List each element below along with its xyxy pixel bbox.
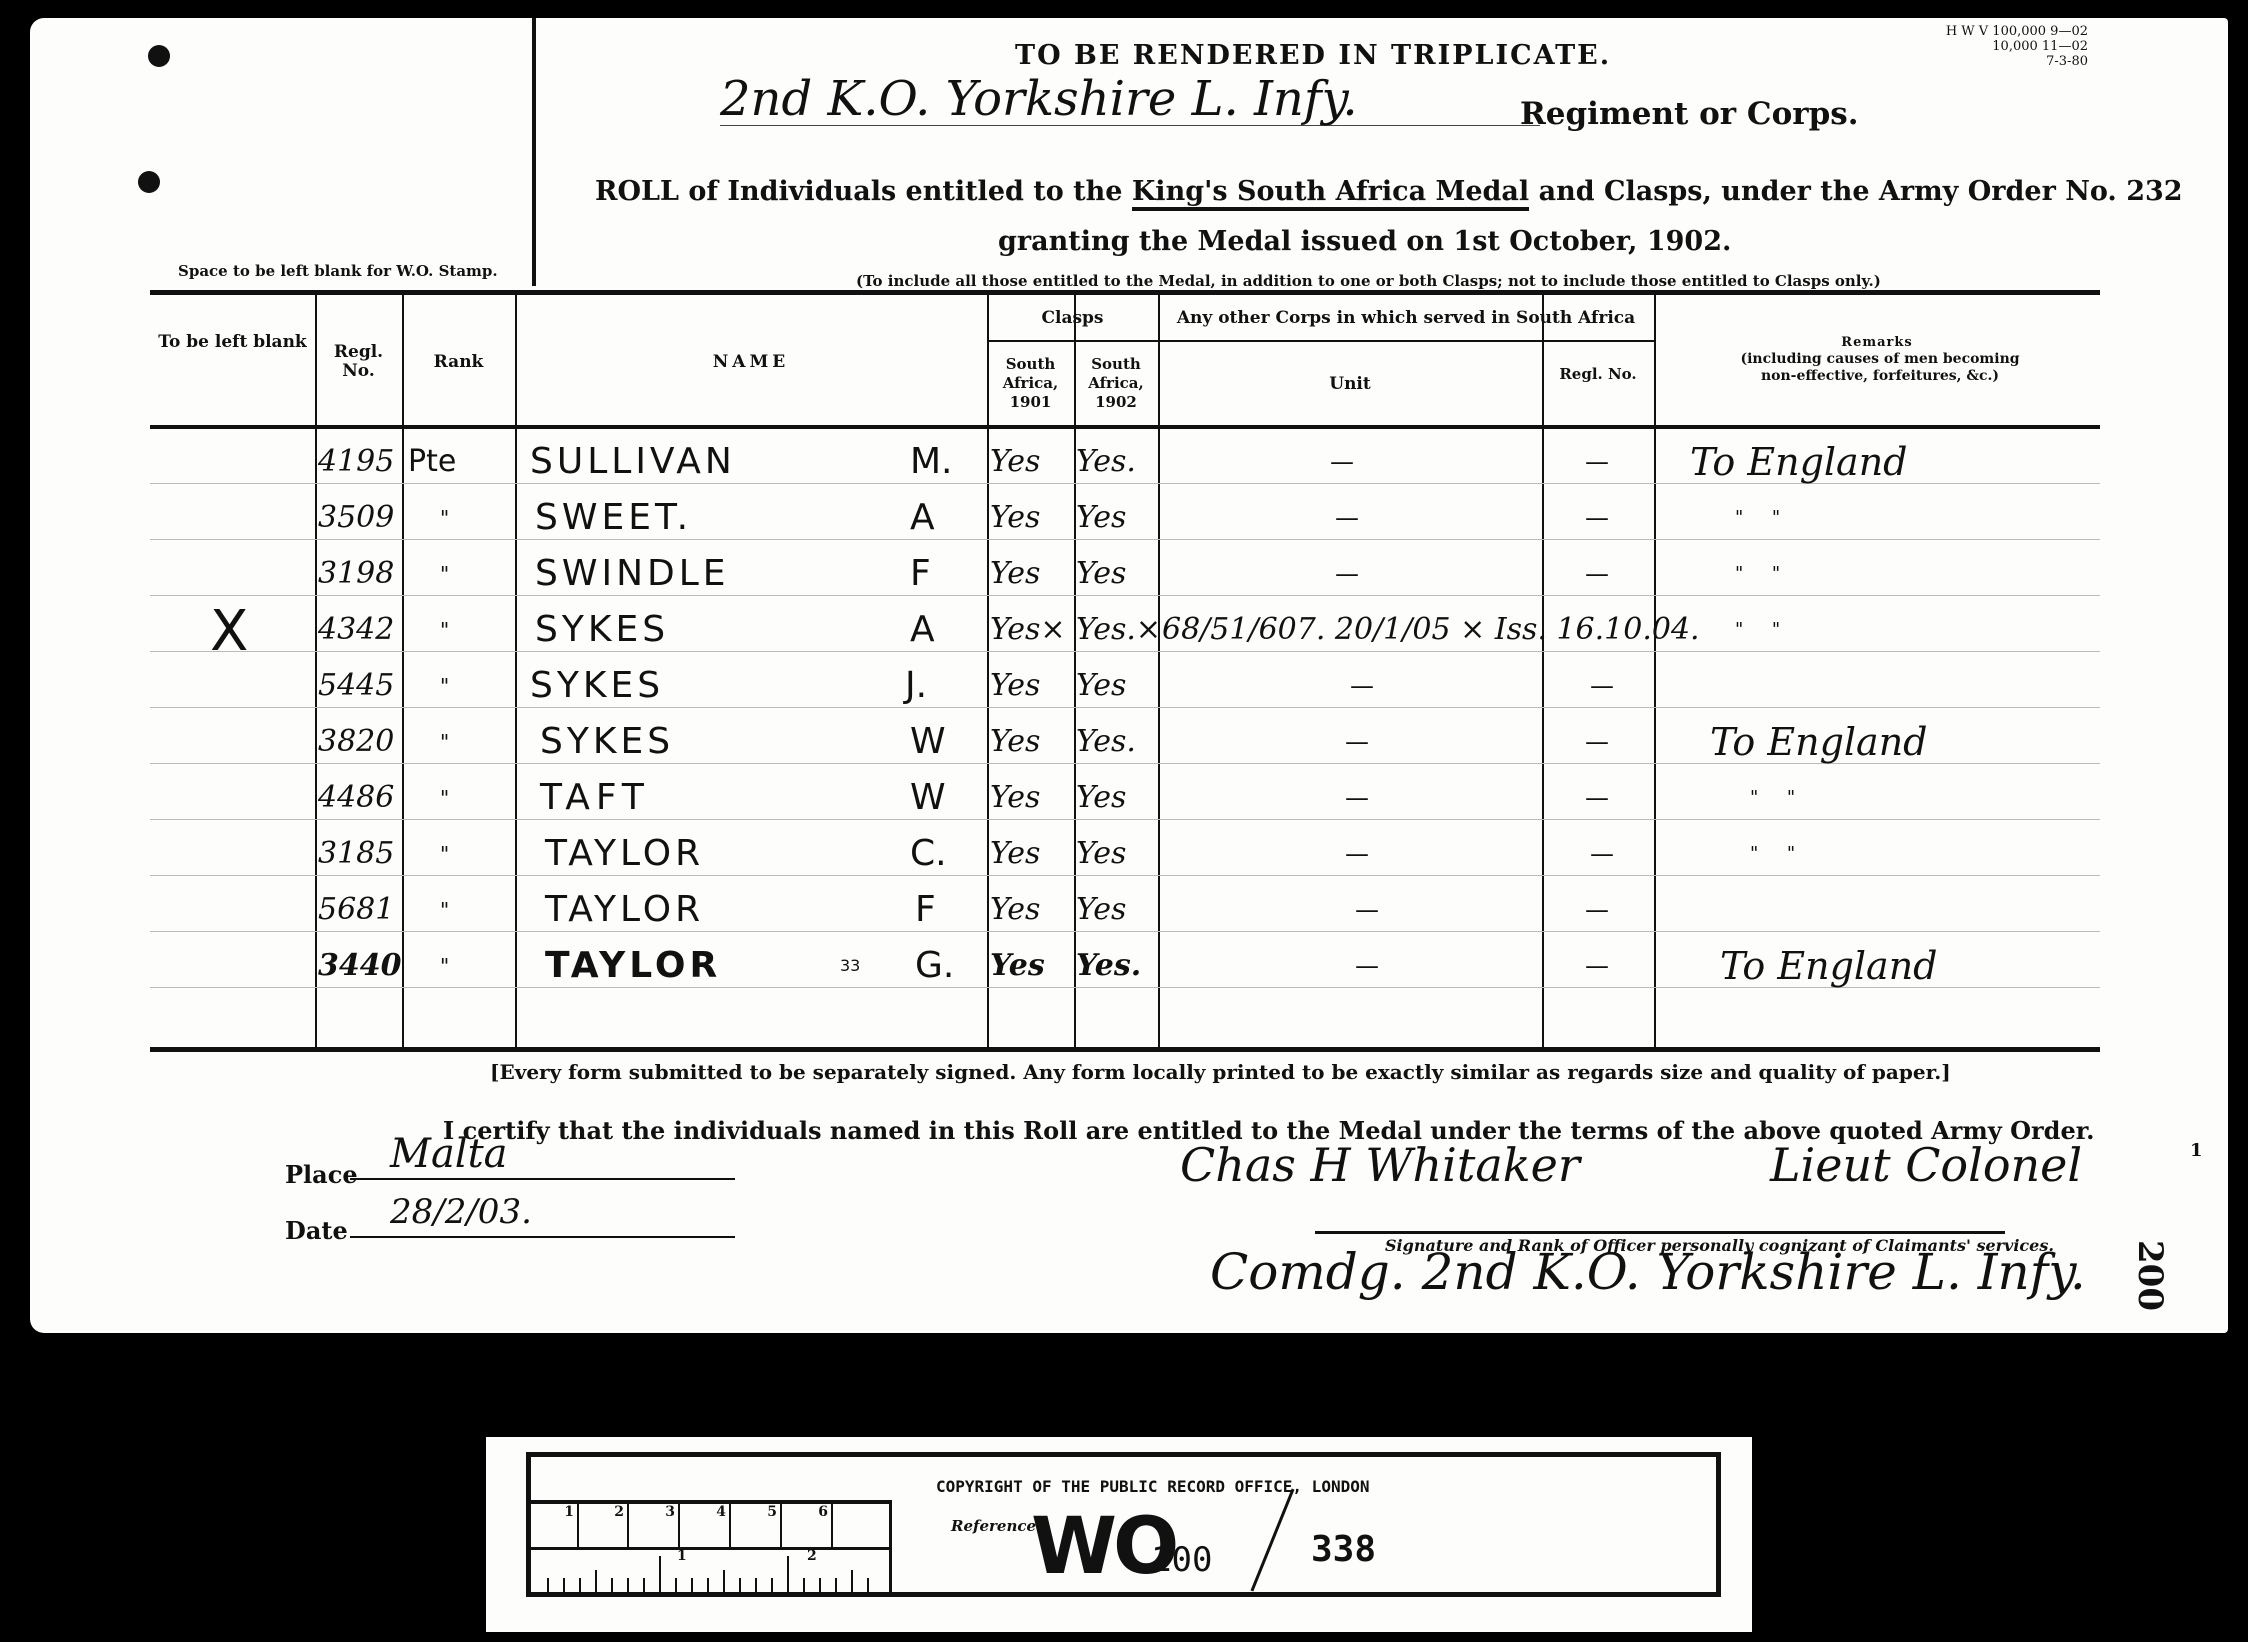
row-note: 33 xyxy=(840,933,860,989)
other-unit: 68/51/607. 20/1/05 × Iss. 16.10.04. xyxy=(1162,597,1700,653)
rank: " xyxy=(440,541,449,597)
initial: G. xyxy=(915,933,954,989)
initial: A xyxy=(910,597,935,653)
clasp-1902: Yes. xyxy=(1076,933,1141,989)
regl-no: 4342 xyxy=(318,597,394,653)
table-row[interactable]: 4195 Pte SULLIVAN M. Yes Yes. — — To Eng… xyxy=(150,429,2100,485)
clasp-1901: Yes xyxy=(990,429,1040,485)
initial: F xyxy=(910,541,931,597)
date-field[interactable]: 28/2/03. xyxy=(350,1188,735,1238)
surname: TAYLOR xyxy=(545,821,704,877)
clasp-1901: Yes xyxy=(990,933,1045,989)
other-regl-no: — xyxy=(1585,933,1609,989)
clasp-1901: Yes xyxy=(990,541,1040,597)
folio-number: 200 xyxy=(2130,1240,2170,1311)
header-sa1902: South Africa, 1902 xyxy=(1074,355,1158,412)
rank: " xyxy=(440,709,449,765)
ruler-cm-label: 2 xyxy=(581,1504,629,1547)
printer-code-line: 10,000 11—02 xyxy=(1946,39,2088,54)
header-rank: Rank xyxy=(402,353,515,372)
ruler-cm-label: 5 xyxy=(734,1504,782,1547)
table-row[interactable]: 3440 " TAYLOR 33 G. Yes Yes. — — To Engl… xyxy=(150,933,2100,989)
surname: SYKES xyxy=(540,709,674,765)
roll-suffix: and Clasps, under the Army Order No. 232 xyxy=(1529,176,2182,207)
ruler-tick xyxy=(851,1570,853,1596)
reference-piece: 338 xyxy=(1311,1529,1376,1570)
header-blank: To be left blank xyxy=(150,333,315,352)
ruler-tick xyxy=(563,1578,565,1596)
medal-name: King's South Africa Medal xyxy=(1132,176,1529,211)
clasp-1901: Yes xyxy=(990,653,1040,709)
other-unit: — xyxy=(1345,709,1369,765)
surname: TAYLOR xyxy=(545,933,721,989)
ruler-cm-label: 1 xyxy=(531,1504,579,1547)
roll-table: To be left blank Regl. No. Rank NAME Cla… xyxy=(150,290,2100,1052)
surname: SWEET. xyxy=(535,485,692,541)
table-row[interactable]: 5445 " SYKES J. Yes Yes — — xyxy=(150,653,2100,709)
ruler-tick xyxy=(739,1578,741,1596)
officer-signature[interactable]: Chas H Whitaker xyxy=(1180,1138,1580,1192)
ruler-cm-label: 3 xyxy=(632,1504,680,1547)
date-label: Date xyxy=(285,1216,348,1245)
table-row[interactable]: X 4342 " SYKES A Yes× Yes.× 68/51/607. 2… xyxy=(150,597,2100,653)
scale-ruler: 1 2 3 4 5 6 1 2 xyxy=(531,1500,892,1596)
stamp-space-label: Space to be left blank for W.O. Stamp. xyxy=(178,262,498,280)
table-row[interactable]: 4486 " TAFT W Yes Yes — — " " xyxy=(150,765,2100,821)
ruler-tick xyxy=(723,1570,725,1596)
place-label: Place xyxy=(285,1160,358,1189)
remarks: To England xyxy=(1720,933,1938,989)
ruler-tick xyxy=(547,1578,549,1596)
ruler-divider xyxy=(531,1547,889,1550)
other-regl-no: — xyxy=(1585,429,1609,485)
regl-no: 3185 xyxy=(318,821,394,877)
place-field[interactable]: Malta xyxy=(350,1130,735,1180)
ruler-tick xyxy=(771,1578,773,1596)
ruler-tick xyxy=(707,1578,709,1596)
surname: SYKES xyxy=(535,597,669,653)
blank-mark xyxy=(170,429,290,485)
other-regl-no: — xyxy=(1590,821,1614,877)
rank: " xyxy=(440,933,449,989)
clasp-1902: Yes xyxy=(1076,485,1126,541)
remarks: " " xyxy=(1750,765,1795,821)
ruler-cm-label: 6 xyxy=(785,1504,833,1547)
header-remarks: Remarks xyxy=(1654,333,2100,352)
initial: M. xyxy=(910,429,953,485)
ruler-tick xyxy=(691,1578,693,1596)
ruler-inch-label: 1 xyxy=(677,1548,687,1564)
header-clasps: Clasps xyxy=(987,309,1158,328)
form-title: TO BE RENDERED IN TRIPLICATE. xyxy=(1015,40,1611,71)
ruler-tick xyxy=(803,1578,805,1596)
medal-roll-page: Space to be left blank for W.O. Stamp. H… xyxy=(30,18,2228,1333)
ruler-tick xyxy=(867,1578,869,1596)
ruler-tick xyxy=(627,1578,629,1596)
ruler-tick xyxy=(787,1556,789,1596)
other-unit: — xyxy=(1345,821,1369,877)
ruler-tick xyxy=(611,1578,613,1596)
clasp-1902: Yes xyxy=(1076,877,1126,933)
regl-no: 4486 xyxy=(318,765,394,821)
surname: SYKES xyxy=(530,653,664,709)
header-unit: Unit xyxy=(1158,375,1542,394)
ruler-tick xyxy=(643,1578,645,1596)
ruler-tick xyxy=(595,1570,597,1596)
table-row[interactable]: 3509 " SWEET. A Yes Yes — — " " xyxy=(150,485,2100,541)
table-row[interactable]: 3820 " SYKES W Yes Yes. — — To England xyxy=(150,709,2100,765)
cross-mark-icon: X xyxy=(210,597,248,653)
header-subdivider xyxy=(987,340,1654,342)
ruler-tick xyxy=(819,1578,821,1596)
other-unit: — xyxy=(1330,429,1354,485)
clasp-1902: Yes. xyxy=(1076,709,1136,765)
ruler-tick xyxy=(755,1578,757,1596)
remarks: To England xyxy=(1710,709,1928,765)
remarks: " " xyxy=(1735,541,1780,597)
clasp-1902: Yes. xyxy=(1076,429,1136,485)
rank: " xyxy=(440,653,449,709)
other-unit: — xyxy=(1350,653,1374,709)
regl-no: 3509 xyxy=(318,485,394,541)
rank: " xyxy=(440,877,449,933)
folio-mark: 1 xyxy=(2190,1140,2203,1161)
signature-line xyxy=(1315,1231,2005,1234)
regl-no: 5445 xyxy=(318,653,394,709)
remarks: " " xyxy=(1750,821,1795,877)
other-regl-no: — xyxy=(1585,541,1609,597)
clasp-1901: Yes xyxy=(990,821,1040,877)
clasp-1901: Yes xyxy=(990,877,1040,933)
clasp-1902: Yes.× xyxy=(1076,597,1161,653)
clasp-1902: Yes xyxy=(1076,821,1126,877)
rank: Pte xyxy=(408,429,456,485)
include-note: (To include all those entitled to the Me… xyxy=(856,272,1881,290)
printer-code: H W V 100,000 9—02 10,000 11—02 7-3-80 xyxy=(1946,24,2088,69)
regl-no: 4195 xyxy=(318,429,394,485)
granting-line: granting the Medal issued on 1st October… xyxy=(998,226,1731,257)
printer-code-line: 7-3-80 xyxy=(1946,54,2088,69)
clasp-1901: Yes xyxy=(990,485,1040,541)
other-regl-no: — xyxy=(1585,709,1609,765)
regl-no: 3440 xyxy=(318,933,402,989)
rank: " xyxy=(440,821,449,877)
other-regl-no: — xyxy=(1585,485,1609,541)
initial: F xyxy=(915,877,936,933)
table-row[interactable]: 3185 " TAYLOR C. Yes Yes — — " " xyxy=(150,821,2100,877)
regl-no: 5681 xyxy=(318,877,394,933)
remarks: " " xyxy=(1735,485,1780,541)
regiment-label: Regiment or Corps. xyxy=(1520,96,1859,132)
reference-series: 100 xyxy=(1151,1540,1212,1580)
header-regl-no: Regl. No. xyxy=(315,343,402,381)
reference-separator xyxy=(1251,1488,1295,1591)
surname: SWINDLE xyxy=(535,541,730,597)
clasp-1902: Yes xyxy=(1076,765,1126,821)
officer-rank: Lieut Colonel xyxy=(1770,1138,2082,1192)
rank: " xyxy=(440,597,449,653)
header-other-corps: Any other Corps in which served in South… xyxy=(1158,309,1654,328)
clasp-1902: Yes xyxy=(1076,653,1126,709)
header-sa1901: South Africa, 1901 xyxy=(987,355,1074,412)
initial: W xyxy=(910,765,946,821)
other-regl-no: — xyxy=(1590,653,1614,709)
initial: W xyxy=(910,709,946,765)
clasp-1901: Yes xyxy=(990,765,1040,821)
clasp-1902: Yes xyxy=(1076,541,1126,597)
initial: J. xyxy=(905,653,927,709)
other-unit: — xyxy=(1355,933,1379,989)
rank: " xyxy=(440,765,449,821)
copyright-notice: COPYRIGHT OF THE PUBLIC RECORD OFFICE, L… xyxy=(936,1477,1369,1496)
table-row[interactable]: 5681 " TAYLOR F Yes Yes — — xyxy=(150,877,2100,933)
other-regl-no: — xyxy=(1585,765,1609,821)
rank: " xyxy=(440,485,449,541)
wo-stamp-space: Space to be left blank for W.O. Stamp. xyxy=(30,18,536,286)
initial: C. xyxy=(910,821,947,877)
other-unit: — xyxy=(1335,485,1359,541)
command-signature: Comdg. 2nd K.O. Yorkshire L. Infy. xyxy=(1210,1243,2086,1301)
regiment-field[interactable]: 2nd K.O. Yorkshire L. Infy. xyxy=(720,73,1540,126)
form-footnote: [Every form submitted to be separately s… xyxy=(490,1060,1951,1084)
ruler-tick xyxy=(835,1578,837,1596)
remarks: To England xyxy=(1690,429,1908,485)
ruler-tick xyxy=(659,1556,661,1596)
ruler-tick xyxy=(579,1578,581,1596)
header-other-regl-no: Regl. No. xyxy=(1542,365,1654,384)
other-regl-no: — xyxy=(1585,877,1609,933)
other-unit: — xyxy=(1345,765,1369,821)
other-unit: — xyxy=(1335,541,1359,597)
reference-strip: COPYRIGHT OF THE PUBLIC RECORD OFFICE, L… xyxy=(486,1437,1752,1632)
regl-no: 3820 xyxy=(318,709,394,765)
clasp-1901: Yes xyxy=(990,709,1040,765)
remarks: " " xyxy=(1735,597,1780,653)
ruler-cm-label: 4 xyxy=(683,1504,731,1547)
header-remarks-sub: (including causes of men becoming non-ef… xyxy=(1730,351,2030,385)
header-name: NAME xyxy=(515,353,987,372)
ruler-tick xyxy=(675,1578,677,1596)
roll-heading: ROLL of Individuals entitled to the King… xyxy=(595,176,2183,207)
clasp-1901: Yes× xyxy=(990,597,1065,653)
roll-prefix: ROLL of Individuals entitled to the xyxy=(595,176,1132,207)
other-unit: — xyxy=(1355,877,1379,933)
initial: A xyxy=(910,485,935,541)
table-row[interactable]: 3198 " SWINDLE F Yes Yes — — " " xyxy=(150,541,2100,597)
reference-box: COPYRIGHT OF THE PUBLIC RECORD OFFICE, L… xyxy=(526,1452,1721,1597)
surname: TAFT xyxy=(540,765,650,821)
surname: TAYLOR xyxy=(545,877,704,933)
regl-no: 3198 xyxy=(318,541,394,597)
ruler-inch-label: 2 xyxy=(807,1548,817,1564)
surname: SULLIVAN xyxy=(530,429,736,485)
printer-code-line: H W V 100,000 9—02 xyxy=(1946,24,2088,39)
